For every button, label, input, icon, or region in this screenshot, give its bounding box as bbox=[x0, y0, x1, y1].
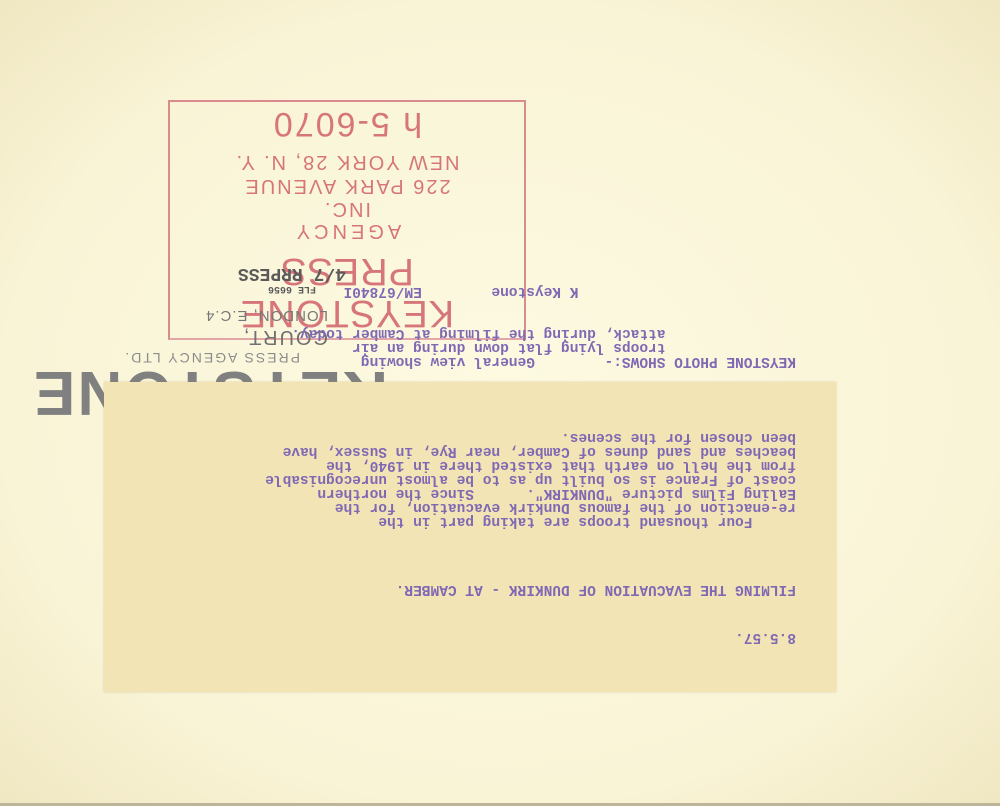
caption-date: 8.5.57. bbox=[144, 630, 796, 644]
caption-line: Four thousand troops are taking part in … bbox=[144, 514, 796, 528]
caption-slip: 8.5.57. FILMING THE EVACUATION OF DUNKIR… bbox=[104, 382, 836, 692]
caption-title: FILMING THE EVACUATION OF DUNKIRK - AT C… bbox=[144, 582, 796, 596]
caption-line: troops lying flat down during an air bbox=[144, 340, 796, 354]
caption-credit-line: K Keystone EM/67840I bbox=[144, 284, 796, 298]
stamp-inc: INC. bbox=[170, 198, 524, 220]
stamp-address-city: NEW YORK 28, N. Y. bbox=[170, 150, 524, 174]
stamp-phone: h 5-6070 bbox=[170, 104, 524, 144]
caption-line: KEYSTONE PHOTO SHOWS:- General view show… bbox=[144, 354, 796, 368]
caption-line: re-enaction of the famous Dunkirk evacua… bbox=[144, 500, 796, 514]
caption-credit: K Keystone bbox=[491, 283, 578, 299]
stamp-agency: AGENCY bbox=[170, 220, 524, 242]
caption-line: attack, during the filming at Camber tod… bbox=[144, 326, 796, 340]
caption-text: 8.5.57. FILMING THE EVACUATION OF DUNKIR… bbox=[144, 256, 796, 672]
caption-photo-shows: KEYSTONE PHOTO SHOWS:- General view show… bbox=[144, 326, 796, 368]
caption-line: coast of France is so built up as to be … bbox=[144, 472, 796, 486]
photo-back: KEYSTONE PRESS AGENCY INC. 226 PARK AVEN… bbox=[0, 0, 1000, 806]
caption-line: beaches and sand dunes of Camber, near R… bbox=[144, 444, 796, 458]
caption-line: from the hell on earth that existed ther… bbox=[144, 458, 796, 472]
caption-line: Ealing Films picture "DUNKIRK". Since th… bbox=[144, 486, 796, 500]
caption-line: been chosen for the scenes. bbox=[144, 430, 796, 444]
caption-ref-number: EM/67840I bbox=[343, 283, 421, 299]
caption-body: Four thousand troops are taking part in … bbox=[144, 430, 796, 528]
stamp-address-street: 226 PARK AVENUE bbox=[170, 174, 524, 198]
